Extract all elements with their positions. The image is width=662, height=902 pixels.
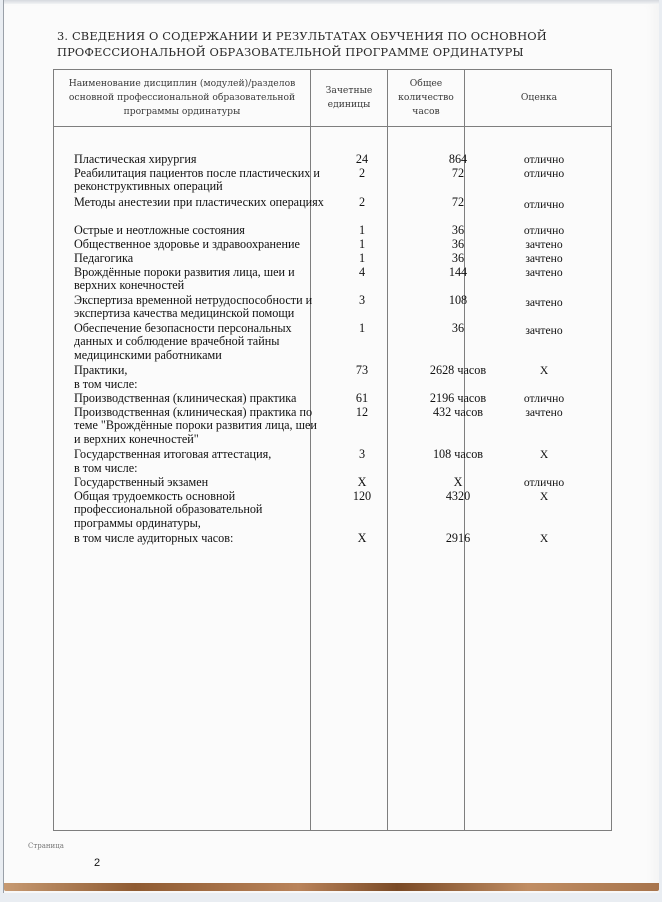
credits-value: Х bbox=[322, 532, 402, 545]
header-grade: Оценка bbox=[466, 70, 612, 126]
discipline-name: Экспертиза временной нетрудоспособности … bbox=[74, 294, 324, 321]
grade-value: зачтено bbox=[484, 406, 604, 419]
grade-value: зачтено bbox=[484, 266, 604, 279]
document-page: 3. СВЕДЕНИЯ О СОДЕРЖАНИИ И РЕЗУЛЬТАТАХ О… bbox=[3, 0, 659, 893]
discipline-name: Пластическая хирургия bbox=[74, 153, 324, 166]
credits-value: 61 bbox=[322, 392, 402, 405]
grade-value: отлично bbox=[484, 198, 604, 211]
credits-value: 1 bbox=[322, 252, 402, 265]
page-top-edge bbox=[4, 0, 659, 4]
grade-value: Х bbox=[484, 364, 604, 377]
grade-value: отлично bbox=[484, 224, 604, 237]
credits-value: 4 bbox=[322, 266, 402, 279]
grade-value: зачтено bbox=[484, 238, 604, 251]
header-credits: Зачетные единицы bbox=[316, 70, 382, 126]
discipline-name: Острые и неотложные состояния bbox=[74, 224, 324, 237]
header-total-hours: Общее количество часов bbox=[396, 70, 456, 126]
page-number: 2 bbox=[94, 857, 100, 869]
credits-value: 2 bbox=[322, 167, 402, 180]
discipline-name: Производственная (клиническая) практика bbox=[74, 392, 324, 405]
grade-value: отлично bbox=[484, 476, 604, 489]
discipline-name: Производственная (клиническая) практика … bbox=[74, 406, 324, 446]
credits-value: 3 bbox=[322, 294, 402, 307]
section-title: 3. СВЕДЕНИЯ О СОДЕРЖАНИИ И РЕЗУЛЬТАТАХ О… bbox=[57, 28, 617, 60]
credits-value: 3 bbox=[322, 448, 402, 461]
discipline-name: Обеспечение безопасности персональных да… bbox=[74, 322, 324, 362]
grade-value: отлично bbox=[484, 167, 604, 180]
credits-value: 2 bbox=[322, 196, 402, 209]
credits-value: 1 bbox=[322, 322, 402, 335]
discipline-name: в том числе аудиторных часов: bbox=[74, 532, 324, 545]
credits-value: 73 bbox=[322, 364, 402, 377]
discipline-name: Педагогика bbox=[74, 252, 324, 265]
credits-value: 120 bbox=[322, 490, 402, 503]
discipline-name: Методы анестезии при пластических операц… bbox=[74, 196, 324, 209]
discipline-name: Реабилитация пациентов после пластически… bbox=[74, 167, 324, 194]
grade-value: зачтено bbox=[484, 324, 604, 337]
section-title-line-1: 3. СВЕДЕНИЯ О СОДЕРЖАНИИ И РЕЗУЛЬТАТАХ О… bbox=[57, 28, 617, 44]
discipline-name: Государственный экзамен bbox=[74, 476, 324, 489]
discipline-name: Практики, bbox=[74, 364, 324, 377]
discipline-name: Государственная итоговая аттестация, bbox=[74, 448, 324, 461]
grade-value: зачтено bbox=[484, 296, 604, 309]
credits-value: 1 bbox=[322, 238, 402, 251]
discipline-name: Врождённые пороки развития лица, шеи и в… bbox=[74, 266, 324, 293]
discipline-name: Общественное здоровье и здравоохранение bbox=[74, 238, 324, 251]
header-discipline-name: Наименование дисциплин (модулей)/раздело… bbox=[62, 70, 302, 126]
credits-value: 12 bbox=[322, 406, 402, 419]
section-title-line-2: ПРОФЕССИОНАЛЬНОЙ ОБРАЗОВАТЕЛЬНОЙ ПРОГРАМ… bbox=[57, 44, 617, 60]
grade-value: зачтено bbox=[484, 252, 604, 265]
grade-value: Х bbox=[484, 532, 604, 545]
discipline-name: в том числе: bbox=[74, 378, 324, 391]
discipline-name: в том числе: bbox=[74, 462, 324, 475]
credits-value: 24 bbox=[322, 153, 402, 166]
header-divider bbox=[54, 126, 611, 127]
page-bottom-edge bbox=[4, 883, 659, 891]
credits-value: 1 bbox=[322, 224, 402, 237]
grade-value: отлично bbox=[484, 392, 604, 405]
grade-value: отлично bbox=[484, 153, 604, 166]
discipline-name: Общая трудоемкость основной профессионал… bbox=[74, 490, 324, 530]
curriculum-table: Наименование дисциплин (модулей)/раздело… bbox=[53, 69, 612, 831]
credits-value: Х bbox=[322, 476, 402, 489]
grade-value: Х bbox=[484, 448, 604, 461]
grade-value: Х bbox=[484, 490, 604, 503]
footer-page-label: Страница bbox=[28, 842, 64, 850]
